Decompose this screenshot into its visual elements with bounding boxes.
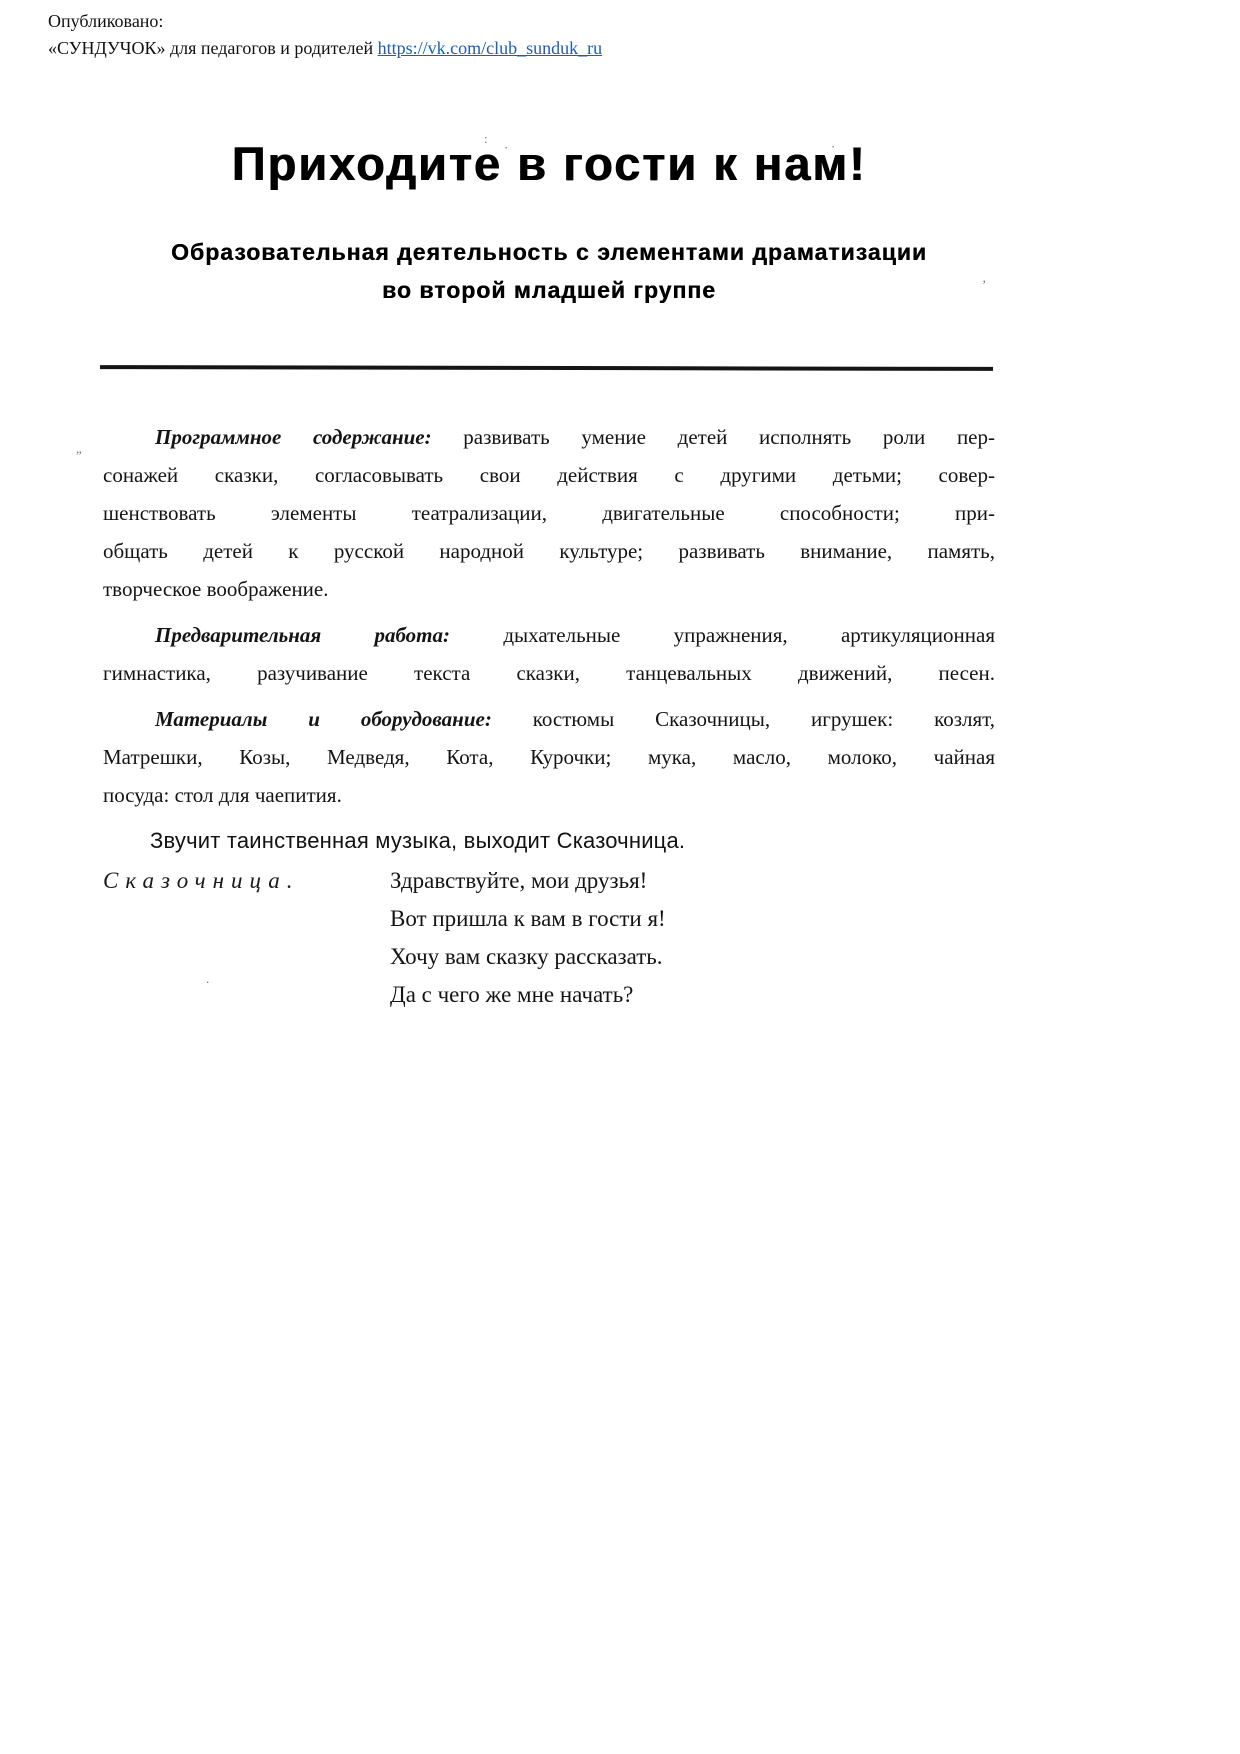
text-line: Предварительная работа: дыхательные упра…: [103, 616, 995, 654]
source-line: «СУНДУЧОК» для педагогов и родителей htt…: [48, 35, 602, 62]
text-line: шенствовать элементы театрализации, двиг…: [103, 494, 995, 532]
paragraph-preliminary-work: Предварительная работа: дыхательные упра…: [103, 616, 995, 692]
text-line: общать детей к русской народной культуре…: [103, 532, 995, 570]
source-prefix: «СУНДУЧОК» для педагогов и родителей: [48, 38, 378, 58]
text-line: посуда: стол для чаепития.: [103, 776, 995, 814]
document-page: Опубликовано: «СУНДУЧОК» для педагогов и…: [0, 0, 1240, 1754]
text-line: Матрешки, Козы, Медведя, Кота, Курочки; …: [103, 738, 995, 776]
text-run: дыхательные упражнения, артикуляционная: [450, 623, 995, 647]
published-label: Опубликовано:: [48, 8, 602, 35]
paragraph-lead: Материалы и оборудование:: [155, 707, 492, 731]
verse-line: Да с чего же мне начать?: [390, 976, 995, 1014]
subtitle-line-1: Образовательная деятельность с элементам…: [103, 233, 995, 271]
divider-rule: [100, 365, 993, 371]
subtitle: Образовательная деятельность с элементам…: [103, 233, 995, 309]
dialogue-row: Сказочница. Здравствуйте, мои друзья! Во…: [103, 862, 995, 1014]
stage-direction: Звучит таинственная музыка, выходит Сказ…: [103, 822, 995, 860]
verse-line: Хочу вам сказку рассказать.: [390, 938, 995, 976]
verse-block: Здравствуйте, мои друзья! Вот пришла к в…: [390, 862, 995, 1014]
text-line: Материалы и оборудование: костюмы Сказоч…: [103, 700, 995, 738]
dialogue-speaker: Сказочница.: [103, 862, 390, 1014]
scan-artifact: „: [76, 442, 82, 455]
page-title: Приходите в гости к нам!: [103, 136, 995, 191]
scan-artifact: :: [484, 132, 488, 145]
scan-artifact: ’: [982, 278, 986, 291]
paragraph-program-content: Программное содержание: развивать умение…: [103, 418, 995, 608]
text-run: костюмы Сказочницы, игрушек: козлят,: [492, 707, 995, 731]
scan-artifact: .: [206, 972, 209, 985]
body-text: Программное содержание: развивать умение…: [103, 418, 995, 1014]
header: Опубликовано: «СУНДУЧОК» для педагогов и…: [48, 8, 602, 62]
paragraph-lead: Программное содержание:: [155, 425, 432, 449]
paragraph-materials: Материалы и оборудование: костюмы Сказоч…: [103, 700, 995, 814]
subtitle-line-2: во второй младшей группе: [103, 271, 995, 309]
verse-line: Здравствуйте, мои друзья!: [390, 862, 995, 900]
scan-artifact: ·: [504, 141, 508, 154]
text-line: творческое воображение.: [103, 570, 995, 608]
source-link[interactable]: https://vk.com/club_sunduk_ru: [378, 38, 603, 58]
text-line: сонажей сказки, согласовывать свои дейст…: [103, 456, 995, 494]
scan-artifact: ·: [831, 140, 835, 153]
paragraph-lead: Предварительная работа:: [155, 623, 450, 647]
text-line: гимнастика, разучивание текста сказки, т…: [103, 654, 995, 692]
text-line: Программное содержание: развивать умение…: [103, 418, 995, 456]
text-run: развивать умение детей исполнять роли пе…: [432, 425, 995, 449]
verse-line: Вот пришла к вам в гости я!: [390, 900, 995, 938]
